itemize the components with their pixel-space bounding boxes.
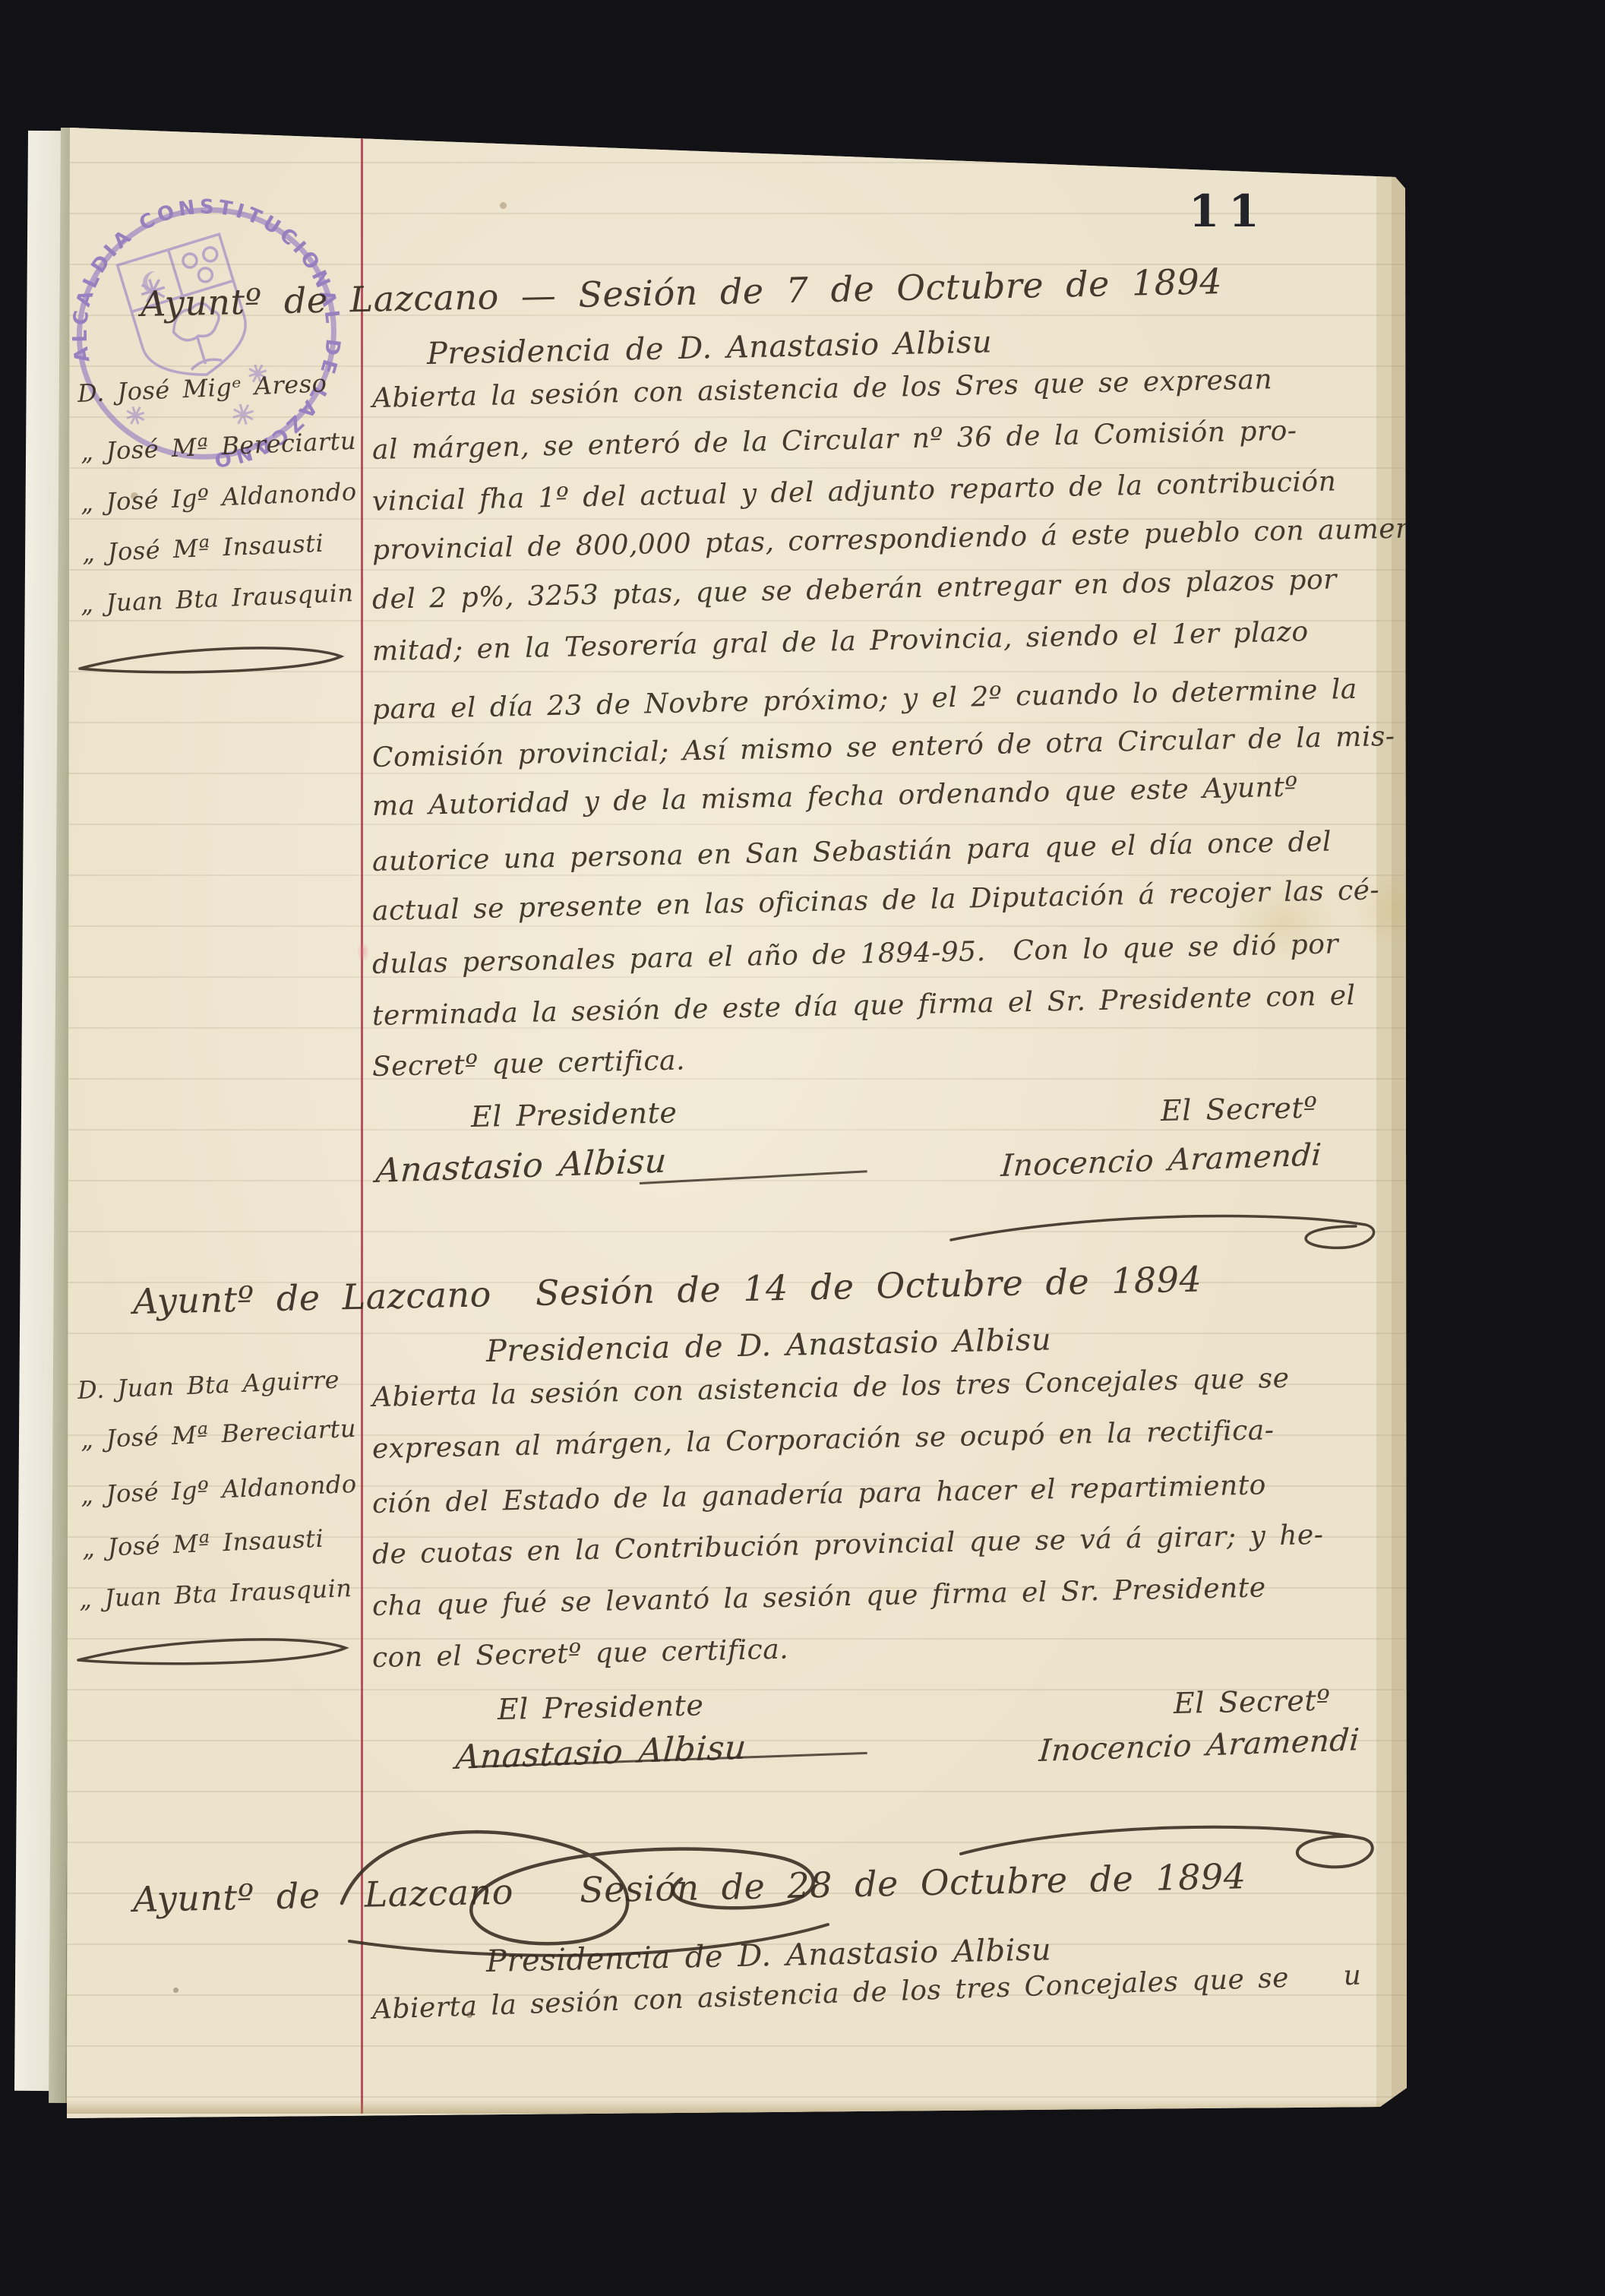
margin-attendee: „ José Igº Aldanondo: [80, 1469, 357, 1510]
foxing-speck: [500, 202, 507, 209]
body-line: Secretº que certifica.: [372, 1045, 686, 1083]
body-line: autorice una persona en San Sebastián pa…: [372, 827, 1332, 878]
signature-tail: [640, 1170, 867, 1184]
session-presidency: Presidencia de D. Anastasio Albisu: [427, 324, 993, 372]
body-line: dulas personales para el año de 1894-95.…: [372, 928, 1339, 980]
body-line: ma Autoridad y de la misma fecha ordenan…: [372, 771, 1299, 822]
president-signature: Anastasio Albisu: [454, 1728, 747, 1778]
page-number: 11: [1189, 185, 1269, 237]
body-line: ción del Estado de la ganadería para hac…: [372, 1469, 1267, 1520]
body-line: para el día 23 de Novbre próximo; y el 2…: [372, 674, 1358, 726]
secretary-signature: Inocencio Aramendi: [1000, 1137, 1322, 1184]
body-line: terminada la sesión de este día que firm…: [372, 980, 1356, 1032]
margin-flourish: [72, 1628, 357, 1672]
session-presidency: Presidencia de D. Anastasio Albisu: [486, 1322, 1052, 1369]
body-line: al márgen, se enteró de la Circular nº 3…: [372, 416, 1297, 466]
body-line: vincial fha 1º del actual y del adjunto …: [372, 466, 1337, 517]
margin-attendee: „ José Mª Bereciartu: [80, 1414, 356, 1454]
secretary-signature: Inocencio Aramendi: [1038, 1722, 1360, 1769]
body-line: provincial de 800,000 ptas, correspondie…: [372, 513, 1442, 566]
session-heading: Ayuntº de Lazcano Sesión de 14 de Octubr…: [132, 1259, 1202, 1322]
body-line: de cuotas en la Contribución provincial …: [372, 1520, 1324, 1570]
body-line: mitad; en la Tesorería gral de la Provin…: [372, 616, 1309, 667]
president-signature: Anastasio Albisu: [374, 1142, 668, 1191]
margin-attendee: „ Juan Bta Irausquin: [80, 578, 354, 618]
secretary-label: El Secretº: [1174, 1684, 1331, 1720]
body-line: Abierta la sesión con asistencia de los …: [372, 1363, 1290, 1413]
body-line: expresan al márgen, la Corporación se oc…: [372, 1415, 1275, 1465]
archival-photo: 11 ALCALDIA CONSTITUCIONAL DE LAZCANO: [0, 0, 1605, 2296]
margin-attendee: „ Juan Bta Irausquin: [78, 1573, 352, 1614]
body-line: del 2 p%, 3253 ptas, que se deberán entr…: [372, 564, 1338, 615]
margin-attendee: „ José Mª Insausti: [81, 529, 324, 568]
margin-attendee: „ José Mª Insausti: [81, 1524, 324, 1563]
body-line: Comisión provincial; Así mismo se enteró…: [372, 721, 1395, 773]
body-line: actual se presente en las oficinas de la…: [372, 874, 1380, 927]
margin-flourish: [74, 637, 351, 681]
body-line: con el Secretº que certifica.: [372, 1634, 789, 1674]
body-line: Abierta la sesión con asistencia de los …: [372, 364, 1273, 414]
body-line: cha que fué se levantó la sesión que fir…: [372, 1572, 1266, 1622]
president-label: El Presidente: [471, 1096, 678, 1134]
president-label: El Presidente: [498, 1688, 704, 1726]
secretary-label: El Secretº: [1161, 1091, 1318, 1127]
manuscript-page: 11 ALCALDIA CONSTITUCIONAL DE LAZCANO: [62, 112, 1408, 2120]
foxing-speck: [173, 1988, 179, 1993]
margin-attendee: D. Juan Bta Aguirre: [77, 1365, 340, 1405]
pink-smudge: [357, 942, 369, 962]
